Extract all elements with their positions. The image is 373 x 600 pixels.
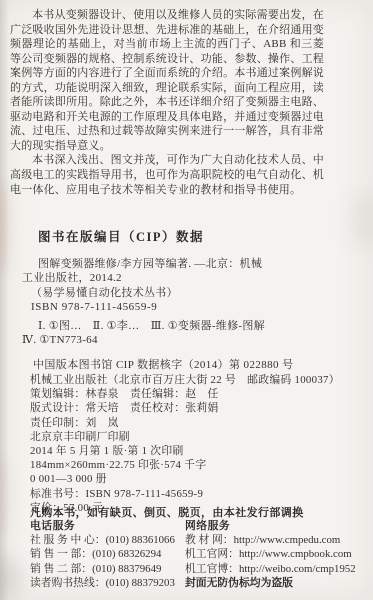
abstract-paragraph-1: 本书从变频器设计、使用以及维修人员的实际需要出发，在广泛吸收国外先进设计思想、先… — [10, 8, 324, 153]
phone-entry: 销 售 二 部：(010) 88379649 — [30, 562, 185, 576]
network-url: http://www.cmpbook.com — [239, 548, 352, 560]
network-entry: 教 材 网：http://www.cmpedu.com — [185, 533, 365, 547]
cip-entry-publisher: 工业出版社，2014.2 — [22, 271, 262, 285]
standard-isbn-line: 标准书号：ISBN 978-7-111-45659-9 — [30, 487, 340, 501]
network-url: http://weibo.com/cmp1952 — [239, 563, 356, 575]
format-line: 184mm×260mm·22.75 印张·574 千字 — [30, 458, 340, 472]
service-contact-table: 电话服务 网络服务 社 服 务 中 心：(010) 88361066 教 材 网… — [30, 519, 365, 590]
phone-number: (010) 88361066 — [106, 534, 175, 546]
service-row: 读者购书热线：(010) 88379203 封面无防伪标均为盗版 — [30, 576, 365, 590]
phone-entry: 社 服 务 中 心：(010) 88361066 — [30, 533, 185, 547]
cip-class-line-1: Ⅰ. ①图… Ⅱ. ①李… Ⅲ. ①变频器-维修-图解 — [38, 319, 265, 333]
editors-line-3: 责任印制：刘 岚 — [30, 416, 340, 430]
cip-entry-title-author: 图解变频器维修/李方园等编著. —北京：机械 — [38, 257, 262, 271]
service-row: 社 服 务 中 心：(010) 88361066 教 材 网：http://ww… — [30, 533, 365, 547]
antipiracy-notice: 封面无防伪标均为盗版 — [185, 576, 365, 590]
cip-record-number: 中国版本图书馆 CIP 数据核字（2014）第 022880 号 — [33, 356, 294, 372]
imprint-block: 机械工业出版社（北京市百万庄大街 22 号 邮政编码 100037） 策划编辑：… — [30, 373, 340, 515]
phone-number: (010) 88379649 — [92, 563, 161, 575]
editors-line-1: 策划编辑：林春泉 责任编辑：赵 任 — [30, 387, 340, 401]
cip-classification: Ⅰ. ①图… Ⅱ. ①李… Ⅲ. ①变频器-维修-图解 Ⅳ. ①TN773-64 — [22, 319, 265, 348]
network-label: 机工官网： — [185, 548, 239, 560]
scan-artifact — [0, 556, 20, 600]
phone-label: 销 售 一 部： — [30, 548, 92, 560]
network-label: 机工官博： — [185, 563, 239, 575]
copyright-page: 本书从变频器设计、使用以及维修人员的实际需要出发，在广泛吸收国外先进设计思想、先… — [0, 0, 373, 600]
publisher-address: 机械工业出版社（北京市百万庄大街 22 号 邮政编码 100037） — [30, 373, 340, 387]
phone-entry: 销 售 一 部：(010) 68326294 — [30, 547, 185, 561]
replacement-notice: 凡购本书，如有缺页、倒页、脱页，由本社发行部调换 — [30, 504, 304, 520]
network-entry: 机工官网：http://www.cmpbook.com — [185, 547, 365, 561]
service-row: 销 售 一 部：(010) 68326294 机工官网：http://www.c… — [30, 547, 365, 561]
service-header-row: 电话服务 网络服务 — [30, 519, 365, 533]
book-abstract: 本书从变频器设计、使用以及维修人员的实际需要出发，在广泛吸收国外先进设计思想、先… — [10, 8, 324, 197]
phone-number: (010) 88379203 — [106, 577, 175, 589]
phone-service-header: 电话服务 — [30, 519, 185, 533]
network-entry: 机工官博：http://weibo.com/cmp1952 — [185, 562, 365, 576]
printer-line: 北京京丰印刷厂印刷 — [30, 430, 340, 444]
phone-label: 读者购书热线： — [30, 577, 106, 589]
service-row: 销 售 二 部：(010) 88379649 机工官博：http://weibo… — [30, 562, 365, 576]
scan-artifact — [352, 190, 373, 250]
phone-label: 社 服 务 中 心： — [30, 534, 106, 546]
network-service-header: 网络服务 — [185, 519, 365, 533]
network-url: http://www.cmpedu.com — [234, 534, 341, 546]
cip-heading: 图书在版编目（CIP）数据 — [38, 227, 204, 245]
cip-class-line-2: Ⅳ. ①TN773-64 — [22, 333, 265, 347]
abstract-paragraph-2: 本书深入浅出、图文并茂，可作为广大自动化技术人员、中高级电工的实践指导用书，也可… — [10, 153, 324, 197]
network-label: 教 材 网： — [185, 534, 234, 546]
print-run-line: 0 001—3 000 册 — [30, 472, 340, 486]
cip-isbn: ISBN 978-7-111-45659-9 — [31, 300, 262, 314]
editors-line-2: 版式设计：常天培 责任校对：张莉娟 — [30, 401, 340, 415]
cip-series-title: （易学易懂自动化技术丛书） — [31, 286, 262, 300]
cip-entry: 图解变频器维修/李方园等编著. —北京：机械 工业出版社，2014.2 （易学易… — [22, 257, 262, 315]
phone-entry: 读者购书热线：(010) 88379203 — [30, 576, 185, 590]
edition-line: 2014 年 5 月第 1 版·第 1 次印刷 — [30, 444, 340, 458]
phone-number: (010) 68326294 — [92, 548, 161, 560]
phone-label: 销 售 二 部： — [30, 563, 92, 575]
